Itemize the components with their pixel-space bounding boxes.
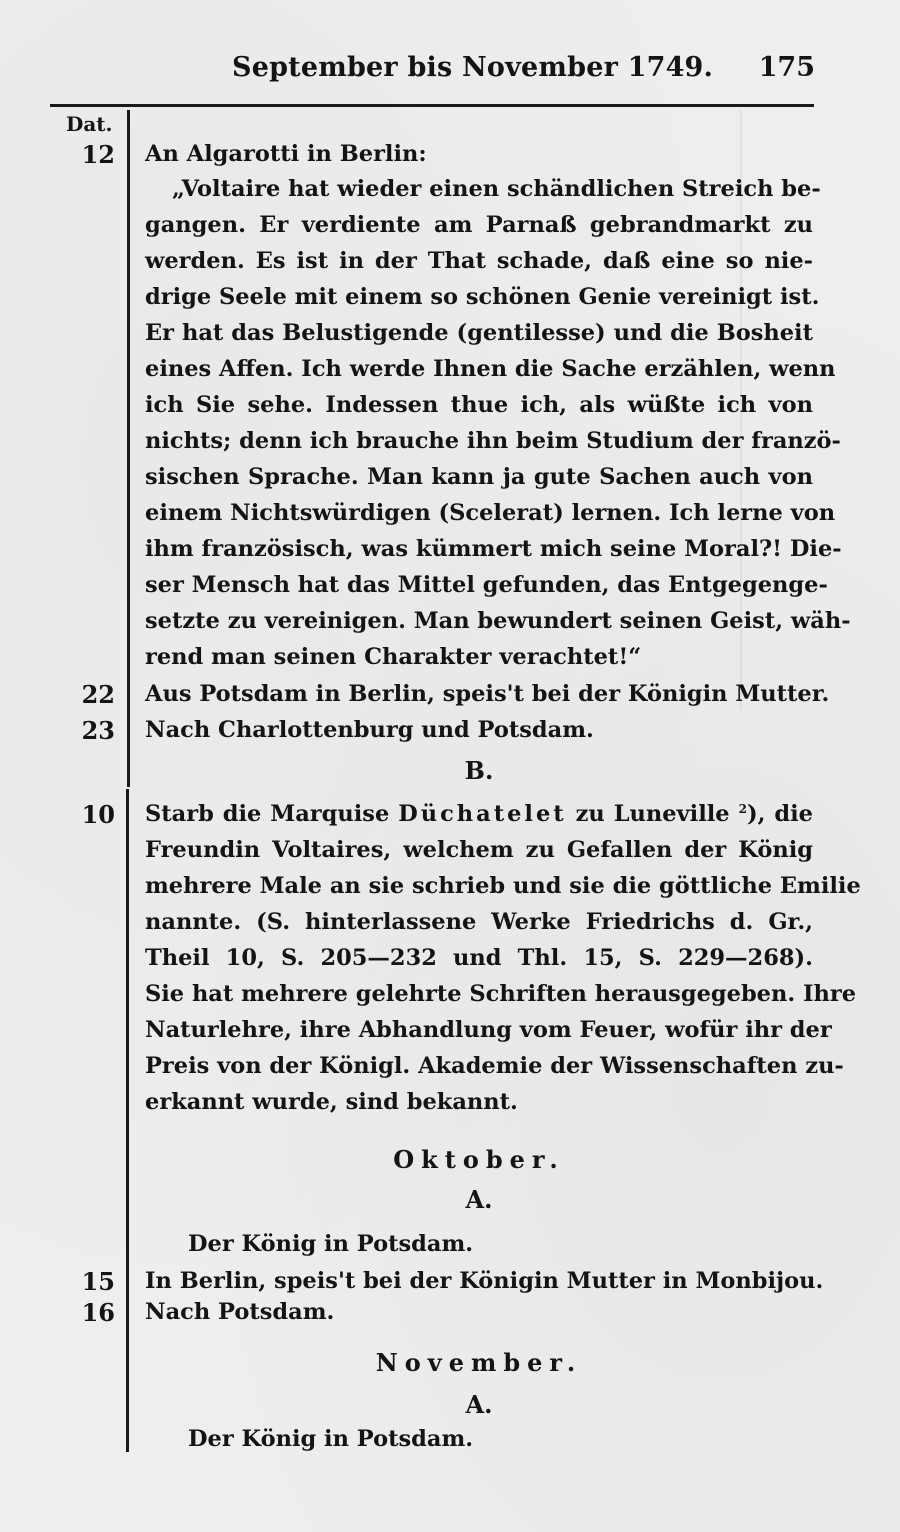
text-line: ihm französisch, was kümmert mich seine … — [145, 538, 813, 561]
section-heading: B. — [145, 756, 813, 785]
text-line: „Voltaire hat wieder einen schändlichen … — [172, 178, 813, 201]
text-line: Freundin Voltaires, welchem zu Gefallen … — [145, 839, 813, 862]
page-header: September bis November 1749. 175 — [0, 52, 900, 92]
text-line: setzte zu vereinigen. Man bewundert sein… — [145, 610, 813, 633]
text-fragment: ), die — [747, 801, 813, 827]
date-number: 22 — [65, 680, 115, 709]
page-number: 175 — [759, 52, 815, 83]
date-number: 10 — [65, 800, 115, 829]
book-page: September bis November 1749. 175 Dat. 12… — [0, 0, 900, 1532]
text-line: werden. Es ist in der That schade, daß e… — [145, 250, 813, 273]
text-line: eines Affen. Ich werde Ihnen die Sache e… — [145, 358, 813, 381]
text-line: Theil 10, S. 205—232 und Thl. 15, S. 229… — [145, 947, 813, 970]
text-line: Naturlehre, ihre Abhandlung vom Feuer, w… — [145, 1019, 813, 1042]
text-line: rend man seinen Charakter verachtet!“ — [145, 646, 813, 669]
text-line: Starb die Marquise Düchatelet zu Lunevil… — [145, 803, 813, 826]
running-title: September bis November 1749. — [232, 52, 713, 83]
footnote-marker[interactable]: 2 — [739, 802, 747, 816]
text-line: drige Seele mit einem so schönen Genie v… — [145, 286, 813, 309]
text-line: erkannt wurde, sind bekannt. — [145, 1091, 813, 1114]
month-heading-october: Oktober. — [145, 1145, 813, 1174]
date-column-label: Dat. — [66, 112, 113, 136]
text-line: nichts; denn ich brauche ihn beim Studiu… — [145, 430, 813, 453]
text-line: Sie hat mehrere gelehrte Schriften herau… — [145, 983, 813, 1006]
text-line: nannte. (S. hinterlassene Werke Friedric… — [145, 911, 813, 934]
text-line: An Algarotti in Berlin: — [145, 143, 813, 166]
date-number: 12 — [65, 140, 115, 169]
date-column-rule — [127, 110, 130, 787]
section-heading: A. — [145, 1390, 813, 1419]
text-line: Er hat das Belustigende (gentilesse) und… — [145, 322, 813, 345]
text-line: Nach Charlottenburg und Potsdam. — [145, 719, 813, 742]
text-line: Preis von der Königl. Akademie der Wisse… — [145, 1055, 813, 1078]
text-line: ser Mensch hat das Mittel gefunden, das … — [145, 574, 813, 597]
header-rule — [50, 104, 814, 107]
date-number: 15 — [65, 1267, 115, 1296]
text-line: ich Sie sehe. Indessen thue ich, als wüß… — [145, 394, 813, 417]
text-fragment: zu Luneville — [576, 801, 730, 827]
section-intro: Der König in Potsdam. — [188, 1233, 473, 1256]
text-line: Nach Potsdam. — [145, 1301, 813, 1324]
person-name: Düchatelet — [398, 801, 566, 827]
text-line: gangen. Er verdiente am Parnaß gebrandma… — [145, 214, 813, 237]
section-intro: Der König in Potsdam. — [188, 1428, 473, 1451]
text-line: In Berlin, speis't bei der Königin Mutte… — [145, 1270, 813, 1293]
section-heading: A. — [145, 1185, 813, 1214]
text-line: sischen Sprache. Man kann ja gute Sachen… — [145, 466, 813, 489]
text-line: Aus Potsdam in Berlin, speis't bei der K… — [145, 683, 813, 706]
date-number: 16 — [65, 1298, 115, 1327]
text-line: einem Nichtswürdigen (Scelerat) lernen. … — [145, 502, 813, 525]
text-line: mehrere Male an sie schrieb und sie die … — [145, 875, 813, 898]
date-column-rule-lower — [126, 789, 129, 1452]
text-fragment: Starb die Marquise — [145, 801, 389, 827]
date-number: 23 — [65, 716, 115, 745]
month-heading-november: November. — [145, 1348, 813, 1377]
